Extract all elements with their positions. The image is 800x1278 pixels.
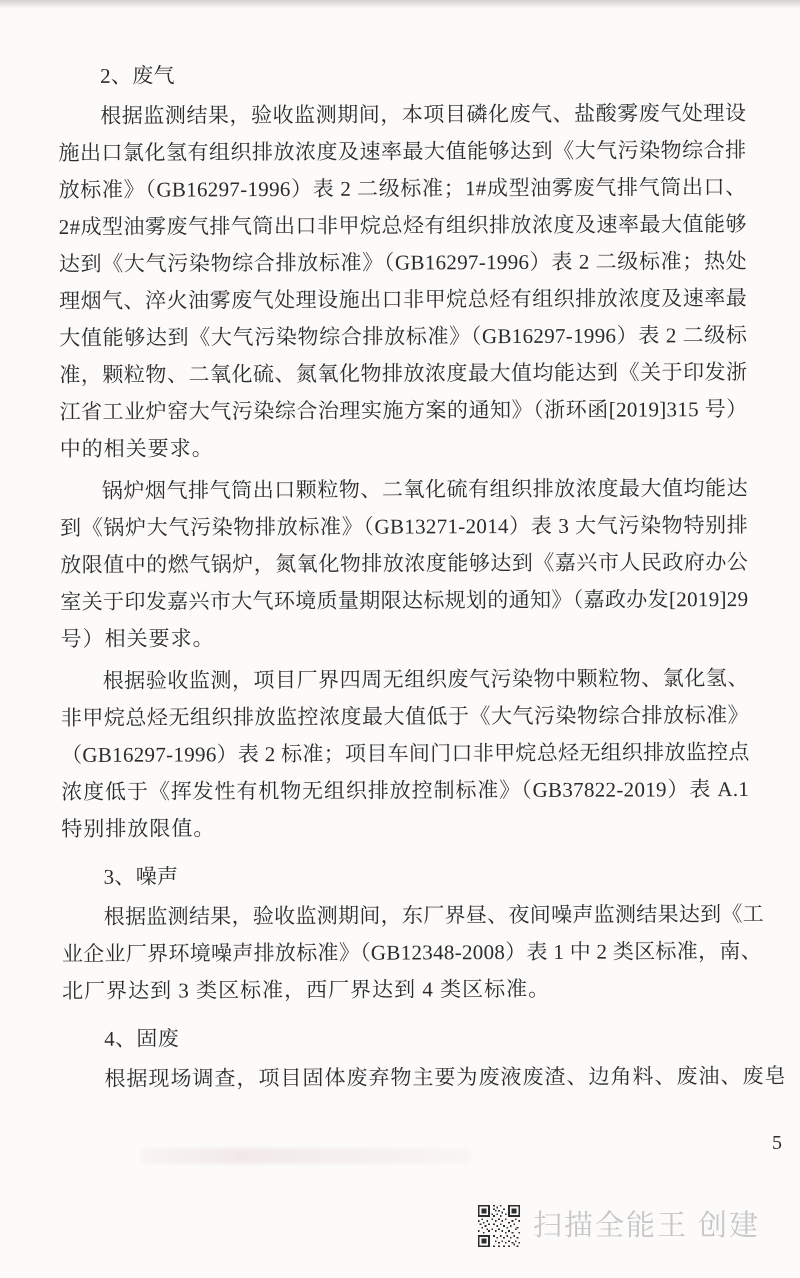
- scan-top-shadow: [0, 0, 800, 9]
- qr-code-icon: [478, 1205, 520, 1247]
- paragraph-waste-gas-1: 根据监测结果，验收监测期间，本项目磷化废气、盐酸雾废气处理设施出口氯化氢有组织排…: [58, 95, 748, 468]
- paragraph-fugitive-emissions: 根据验收监测，项目厂界四周无组织废气污染物中颗粒物、氯化氢、非甲烷总烃无组织排放…: [61, 660, 750, 848]
- section-solid-waste: 4、固废 根据现场调查，项目固体废弃物主要为废液废渣、边角料、废油、废皂: [62, 1018, 750, 1098]
- section-noise: 3、噪声 根据监测结果，验收监测期间，东厂界昼、夜间噪声监测结果达到《工业企业厂…: [61, 856, 750, 1010]
- document-content: 2、废气 根据监测结果，验收监测期间，本项目磷化废气、盐酸雾废气处理设施出口氯化…: [58, 55, 751, 1103]
- text-line: 室关于印发嘉兴市大气环境质量期限达标规划的通知》（嘉政办发[2019]29: [60, 581, 748, 621]
- paragraph-solid-waste: 根据现场调查，项目固体废弃物主要为废液废渣、边角料、废油、废皂: [62, 1058, 750, 1098]
- section-heading-waste-gas: 2、废气: [58, 55, 746, 95]
- section-waste-gas: 2、废气 根据监测结果，验收监测期间，本项目磷化废气、盐酸雾废气处理设施出口氯化…: [58, 55, 749, 848]
- section-heading-solid-waste: 4、固废: [62, 1018, 750, 1058]
- scanned-document-page: 2、废气 根据监测结果，验收监测期间，本项目磷化废气、盐酸雾废气处理设施出口氯化…: [0, 0, 800, 1278]
- text-line: 根据监测结果，验收监测期间，东厂界昼、夜间噪声监测结果达到《工: [62, 896, 750, 936]
- text-line: 非甲烷总烃无组织排放监控浓度最大值低于《大气污染物综合排放标准》: [61, 697, 749, 737]
- text-line: 2#成型油雾废气排气筒出口非甲烷总烃有组织排放浓度及速率最大值能够: [59, 206, 747, 246]
- page-number: 5: [772, 1132, 782, 1155]
- text-line: 放标准》（GB16297-1996）表 2 二级标准；1#成型油雾废气排气筒出口…: [58, 169, 746, 209]
- text-line: 理烟气、淬火油雾废气处理设施出口非甲烷总烃有组织排放浓度及速率最: [59, 280, 747, 320]
- text-line: 准，颗粒物、二氧化硫、氮氧化物排放浓度最大值均能达到《关于印发浙: [59, 354, 747, 394]
- text-line: 浓度低于《挥发性有机物无组织排放控制标准》（GB37822-2019）表 A.1: [61, 771, 749, 811]
- text-line: 业企业厂界环境噪声排放标准》（GB12348-2008）表 1 中 2 类区标准…: [62, 933, 750, 973]
- text-line: 根据监测结果，验收监测期间，本项目磷化废气、盐酸雾废气处理设: [58, 95, 746, 135]
- text-line: 特别排放限值。: [61, 808, 749, 848]
- text-line: 江省工业炉窑大气污染综合治理实施方案的通知》（浙环函[2019]315 号）: [59, 391, 747, 431]
- text-line: 大值能够达到《大气污染物综合排放标准》（GB16297-1996）表 2 二级标: [59, 317, 747, 357]
- section-heading-noise: 3、噪声: [61, 856, 749, 896]
- text-line: （GB16297-1996）表 2 标准；项目车间门口非甲烷总烃无组织排放监控点: [61, 734, 749, 774]
- paragraph-noise: 根据监测结果，验收监测期间，东厂界昼、夜间噪声监测结果达到《工业企业厂界环境噪声…: [62, 896, 750, 1010]
- text-line: 中的相关要求。: [60, 428, 748, 468]
- text-line: 达到《大气污染物综合排放标准》（GB16297-1996）表 2 二级标准；热处: [59, 243, 747, 283]
- text-line: 号）相关要求。: [60, 618, 748, 658]
- scanner-watermark: 扫描全能王 创建: [478, 1205, 760, 1247]
- text-line: 施出口氯化氢有组织排放浓度及速率最大值能够达到《大气污染物综合排: [58, 132, 746, 172]
- text-line: 放限值中的燃气锅炉，氮氧化物排放浓度能够达到《嘉兴市人民政府办公: [60, 544, 748, 584]
- text-line: 锅炉烟气排气筒出口颗粒物、二氧化硫有组织排放浓度最大值均能达: [60, 470, 748, 510]
- scanner-watermark-text: 扫描全能王 创建: [533, 1205, 760, 1247]
- ink-bleed-mark: [140, 1148, 472, 1164]
- text-line: 根据现场调查，项目固体废弃物主要为废液废渣、边角料、废油、废皂: [62, 1058, 750, 1098]
- text-line: 北厂界达到 3 类区标准，西厂界达到 4 类区标准。: [62, 970, 750, 1010]
- paragraph-boiler-flue: 锅炉烟气排气筒出口颗粒物、二氧化硫有组织排放浓度最大值均能达到《锅炉大气污染物排…: [60, 470, 749, 658]
- text-line: 到《锅炉大气污染物排放标准》（GB13271-2014）表 3 大气污染物特别排: [60, 507, 748, 547]
- text-line: 根据验收监测，项目厂界四周无组织废气污染物中颗粒物、氯化氢、: [61, 660, 749, 700]
